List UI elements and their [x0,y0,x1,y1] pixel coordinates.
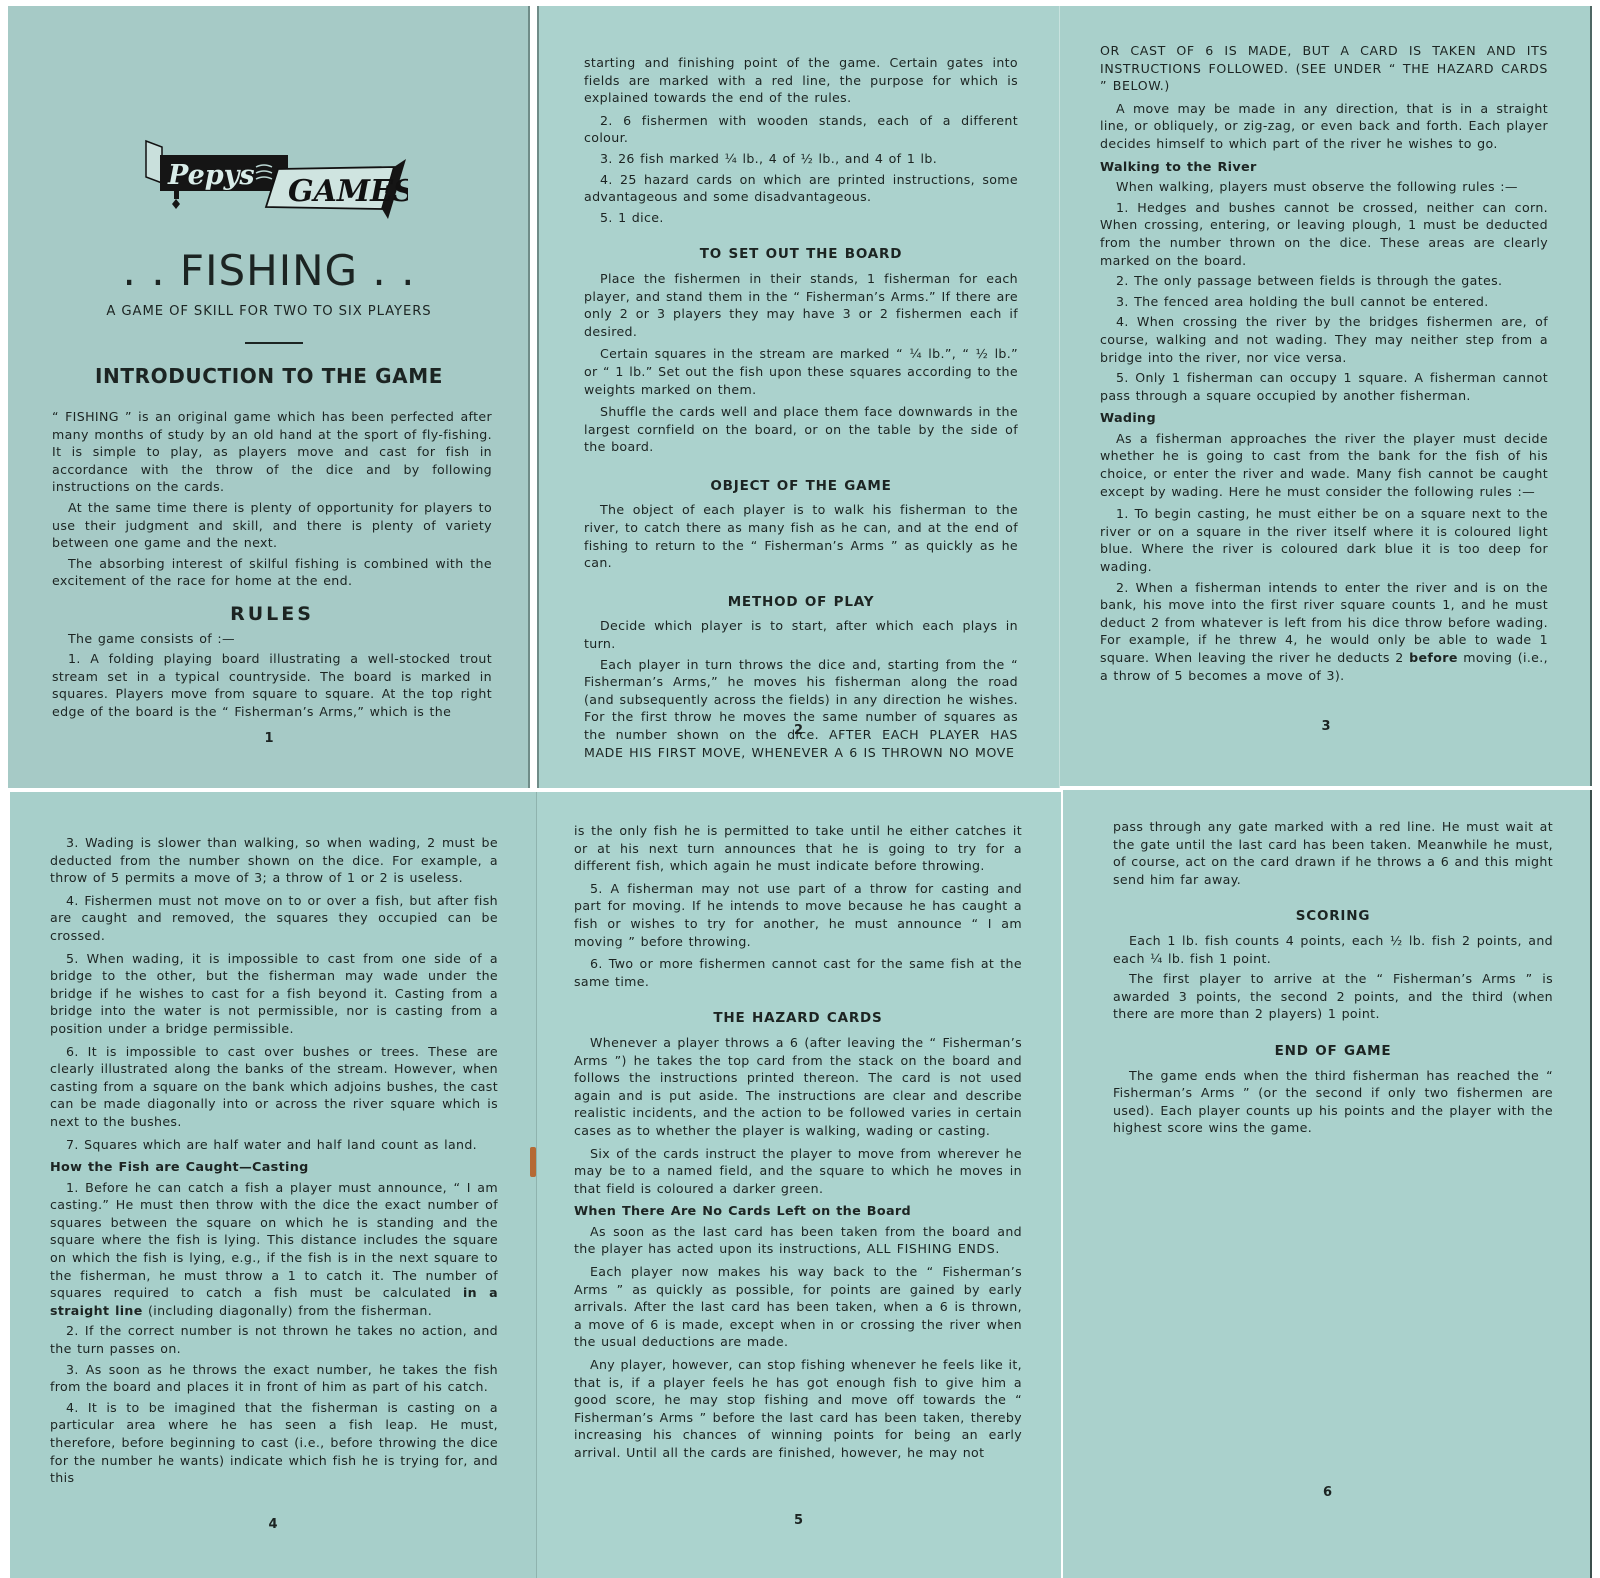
component-item: 2. 6 fishermen with wooden stands, each … [584,112,1018,147]
page-fold [536,792,537,1578]
casting-rule: 6. Two or more fishermen cannot cast for… [574,955,1022,990]
end-heading: END OF GAME [1113,1043,1553,1061]
no-cards-paragraph: As soon as the last card has been taken … [574,1223,1022,1258]
wading-intro: As a fisherman approaches the river the … [1100,430,1548,500]
component-item: 4. 25 hazard cards on which are printed … [584,171,1018,206]
casting-heading: How the Fish are Caught—Casting [50,1159,498,1177]
booklet-page-2: starting and finishing point of the game… [537,6,1060,788]
walking-intro: When walking, players must observe the f… [1100,178,1548,196]
booklet-page-1: Pepys GAMES . . FISHING . . A GAME OF SK… [8,6,530,788]
wading-rule: 4. Fishermen must not move on to or over… [50,892,498,945]
wading-rule: 2. When a fisherman intends to enter the… [1100,579,1548,685]
setup-paragraph: Certain squares in the stream are marked… [584,345,1018,398]
booklet-page-5: is the only fish he is permitted to take… [536,792,1061,1578]
wading-rule: 1. To begin casting, he must either be o… [1100,505,1548,575]
page-number: 6 [1063,1485,1592,1500]
no-cards-paragraph: Any player, however, can stop fishing wh… [574,1356,1022,1462]
walking-rule: 5. Only 1 fisherman can occupy 1 square.… [1100,369,1548,404]
wading-rule: 3. Wading is slower than walking, so whe… [50,834,498,887]
method-paragraph: Each player in turn throws the dice and,… [584,656,1018,762]
booklet-page-3: OR CAST OF 6 IS MADE, BUT A CARD IS TAKE… [1060,6,1592,786]
booklet-page-6: pass through any gate marked with a red … [1063,790,1592,1578]
page3-body: OR CAST OF 6 IS MADE, BUT A CARD IS TAKE… [1100,42,1548,687]
walking-rule: 4. When crossing the river by the bridge… [1100,313,1548,366]
no-cards-continued: pass through any gate marked with a red … [1113,818,1553,888]
intro-paragraph: At the same time there is plenty of oppo… [52,499,492,552]
page2-body: starting and finishing point of the game… [584,54,1018,764]
pepys-games-logo-icon: Pepys GAMES [138,131,408,221]
page-number: 5 [536,1513,1061,1528]
setup-paragraph: Place the fishermen in their stands, 1 f… [584,270,1018,340]
wading-heading: Wading [1100,410,1548,428]
game-title: . . FISHING . . [8,246,530,295]
hazard-heading: THE HAZARD CARDS [574,1010,1022,1028]
page-number: 3 [1060,719,1592,734]
rule-item-continued: starting and finishing point of the game… [584,54,1018,107]
walking-rule: 1. Hedges and bushes cannot be crossed, … [1100,199,1548,269]
page-edge [528,6,530,788]
page1-body: “ FISHING ” is an original game which ha… [52,408,492,724]
casting-rule: 1. Before he can catch a fish a player m… [50,1179,498,1320]
logo-brand: Pepys [167,160,255,191]
caps-continued: OR CAST OF 6 IS MADE, BUT A CARD IS TAKE… [1100,42,1548,95]
casting-rule: 2. If the correct number is not thrown h… [50,1322,498,1357]
logo-word: GAMES [288,174,408,209]
page4-body: 3. Wading is slower than walking, so whe… [50,834,498,1490]
casting-rule: 4. It is to be imagined that the fisherm… [50,1399,498,1487]
rules-intro: The game consists of :— [52,630,492,648]
rule-item: 1. A folding playing board illustrating … [52,650,492,720]
end-paragraph: The game ends when the third fisherman h… [1113,1067,1553,1137]
casting-rule: 3. As soon as he throws the exact number… [50,1361,498,1396]
object-heading: OBJECT OF THE GAME [584,478,1018,496]
component-item: 3. 26 fish marked ¼ lb., 4 of ½ lb., and… [584,150,1018,168]
page6-body: pass through any gate marked with a red … [1113,818,1553,1140]
no-cards-paragraph: Each player now makes his way back to th… [574,1263,1022,1351]
hazard-paragraph: Six of the cards instruct the player to … [574,1145,1022,1198]
casting-rule: 5. A fisherman may not use part of a thr… [574,880,1022,950]
wading-rule: 6. It is impossible to cast over bushes … [50,1043,498,1131]
walking-rule: 2. The only passage between fields is th… [1100,272,1548,290]
game-subtitle: A GAME OF SKILL FOR TWO TO SIX PLAYERS [8,304,530,319]
page-number: 1 [8,731,530,746]
scoring-paragraph: The first player to arrive at the “ Fish… [1113,970,1553,1023]
page-number: 4 [10,1517,536,1532]
direction-paragraph: A move may be made in any direction, tha… [1100,100,1548,153]
page-number: 2 [537,723,1060,738]
wading-rule: 5. When wading, it is impossible to cast… [50,950,498,1038]
intro-paragraph: The absorbing interest of skilful fishin… [52,555,492,590]
no-cards-heading: When There Are No Cards Left on the Boar… [574,1203,1022,1221]
hazard-paragraph: Whenever a player throws a 6 (after leav… [574,1034,1022,1140]
object-paragraph: The object of each player is to walk his… [584,501,1018,571]
page5-body: is the only fish he is permitted to take… [574,822,1022,1465]
setup-heading: TO SET OUT THE BOARD [584,246,1018,264]
page-edge [537,6,539,788]
scoring-heading: SCORING [1113,908,1553,926]
page-edge [1590,790,1592,1578]
wading-rule: 7. Squares which are half water and half… [50,1136,498,1154]
walking-rule: 3. The fenced area holding the bull cann… [1100,293,1548,311]
setup-paragraph: Shuffle the cards well and place them fa… [584,403,1018,456]
booklet-page-4: 3. Wading is slower than walking, so whe… [10,792,536,1578]
scoring-paragraph: Each 1 lb. fish counts 4 points, each ½ … [1113,932,1553,967]
rules-heading: RULES [52,606,492,624]
method-paragraph: Decide which player is to start, after w… [584,617,1018,652]
component-item: 5. 1 dice. [584,209,1018,227]
casting-rule-continued: is the only fish he is permitted to take… [574,822,1022,875]
method-heading: METHOD OF PLAY [584,594,1018,612]
divider [245,342,303,344]
staple [530,1147,536,1177]
walking-heading: Walking to the River [1100,159,1548,177]
page-edge [1590,6,1592,786]
intro-paragraph: “ FISHING ” is an original game which ha… [52,408,492,496]
intro-heading: INTRODUCTION TO THE GAME [8,364,530,388]
